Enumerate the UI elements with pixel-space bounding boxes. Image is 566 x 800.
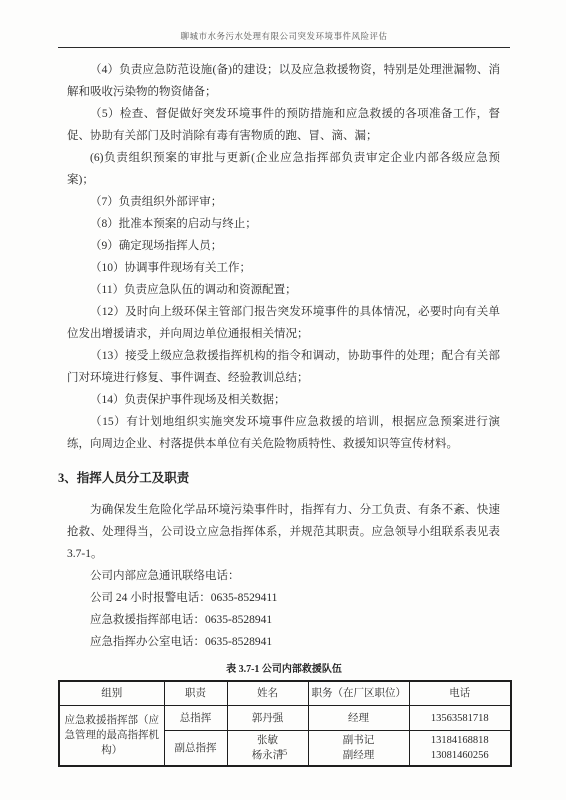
list-item-12: （12）及时向上级环保主管部门报告突发环境事件的具体情况，必要时向有关单位发出增…	[67, 301, 500, 345]
contact-line-intro: 公司内部应急通讯联络电话：	[67, 565, 500, 587]
page-header: 聊城市水务污水处理有限公司突发环境事件风险评估	[58, 30, 510, 48]
col-header-duty: 职责	[164, 681, 227, 706]
list-item-15: （15）有计划地组织实施突发环境事件应急救援的培训，根据应急预案进行演练，向周边…	[67, 411, 500, 455]
cell-name: 郭丹强	[227, 706, 308, 731]
table-caption: 表 3.7-1 公司内部救援队伍	[58, 660, 510, 675]
list-item-14: （14）负责保护事件现场及相关数据；	[67, 389, 500, 411]
list-item-10: （10）协调事件现场有关工作；	[67, 257, 500, 279]
header-title: 聊城市水务污水处理有限公司突发环境事件风险评估	[180, 31, 387, 41]
col-header-group: 组别	[59, 681, 164, 706]
intro-paragraph: 为确保发生危险化学品环境污染事件时，指挥有力、分工负责、有条不紊、快速抢救、处理…	[67, 499, 500, 565]
col-header-position: 职务（在厂区职位）	[308, 681, 409, 706]
col-header-phone: 电话	[409, 681, 511, 706]
contact-line-alarm: 公司 24 小时报警电话：0635-8529411	[67, 587, 500, 609]
list-item-8: （8）批准本预案的启动与终止；	[67, 213, 500, 235]
col-header-name: 姓名	[227, 681, 308, 706]
list-item-6: (6)负责组织预案的审批与更新(企业应急指挥部负责审定企业内部各级应急预案)；	[67, 147, 500, 191]
cell-phone: 13563581718	[409, 706, 511, 731]
table-header-row: 组别 职责 姓名 职务（在厂区职位） 电话	[59, 681, 511, 706]
list-item-11: （11）负责应急队伍的调动和资源配置；	[67, 279, 500, 301]
contact-line-office: 应急指挥办公室电话：0635-8528941	[67, 631, 500, 653]
list-item-9: （9）确定现场指挥人员；	[67, 235, 500, 257]
cell-position: 经理	[308, 706, 409, 731]
page-content: （4）负责应急防范设施(备)的建设；以及应急救援物资，特别是处理泄漏物、消解和吸…	[58, 59, 510, 767]
list-item-4: （4）负责应急防范设施(备)的建设；以及应急救援物资，特别是处理泄漏物、消解和吸…	[67, 59, 500, 103]
list-item-5: （5）检查、督促做好突发环境事件的预防措施和应急救援的各项准备工作，督促、协助有…	[67, 103, 500, 147]
page-number: 35	[0, 747, 566, 757]
document-page: 聊城市水务污水处理有限公司突发环境事件风险评估 （4）负责应急防范设施(备)的建…	[0, 0, 566, 800]
list-item-13: （13）接受上级应急救援指挥机构的指令和调动，协助事件的处理；配合有关部门对环境…	[67, 345, 500, 389]
cell-duty: 总指挥	[164, 706, 227, 731]
table-row: 应急救援指挥部（应急管理的最高指挥机构） 总指挥 郭丹强 经理 13563581…	[59, 706, 511, 731]
contact-line-command: 应急救援指挥部电话：0635-8528941	[67, 609, 500, 631]
section-heading: 3、指挥人员分工及职责	[58, 467, 510, 490]
list-item-7: （7）负责组织外部评审；	[67, 191, 500, 213]
